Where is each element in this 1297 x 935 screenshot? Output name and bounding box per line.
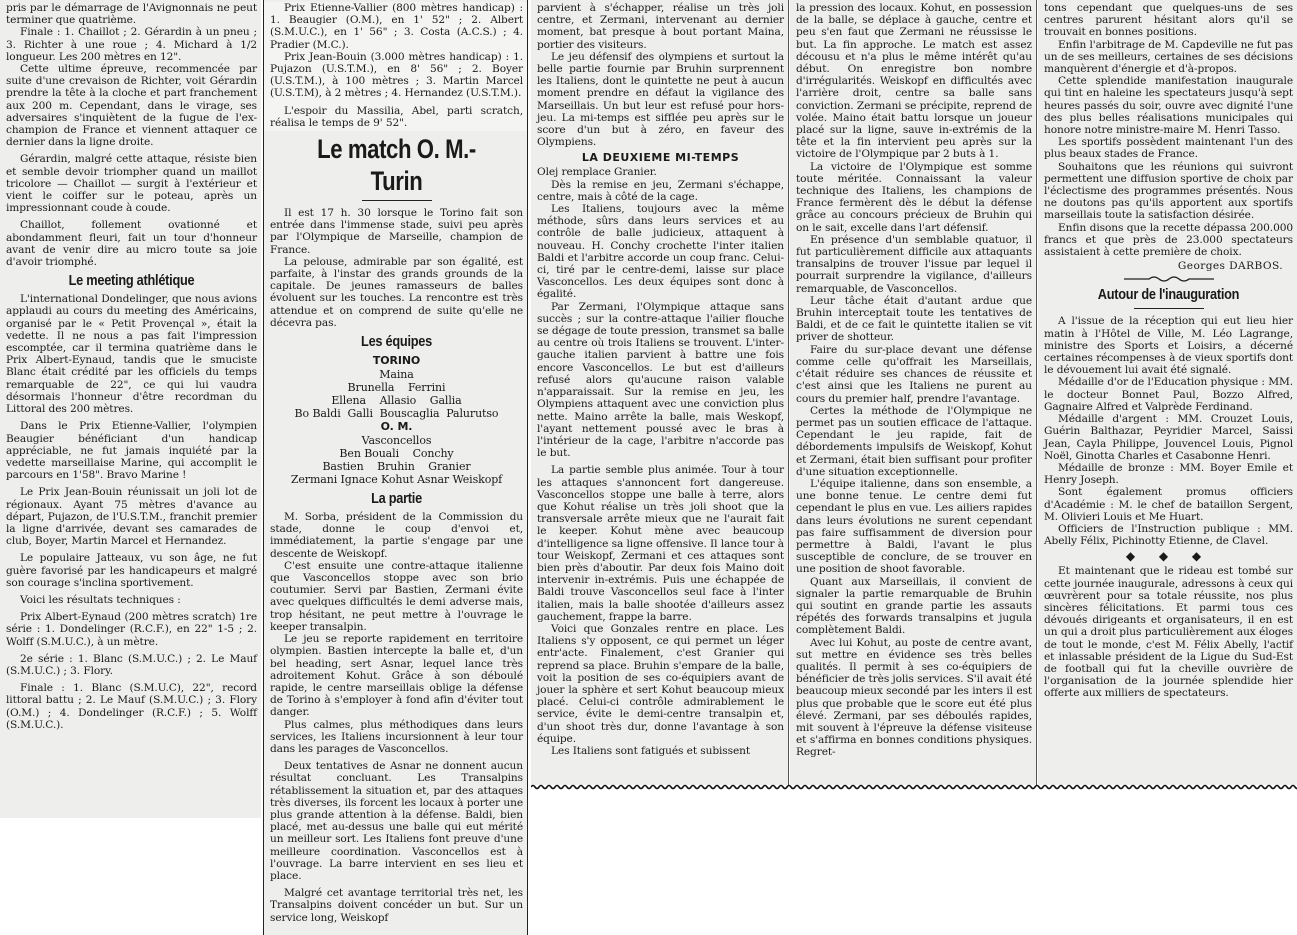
paragraph: Voici que Gonzales rentre en place. Les …	[537, 623, 784, 745]
column-2: Prix Etienne-Vallier (800 mètres handica…	[263, 0, 528, 935]
wavy-rule-bottom	[531, 783, 1297, 791]
paragraph: Avec lui Kohut, au poste de centre avant…	[796, 637, 1032, 759]
lineup-line: Brunella Ferrini	[270, 381, 523, 394]
paragraph: tons cependant que quelques-uns de ses c…	[1044, 2, 1293, 39]
column-4: la pression des locaux. Kohut, en posses…	[790, 0, 1037, 785]
lineup-torino: Maina Brunella Ferrini Ellena Allasio Ga…	[270, 368, 523, 420]
paragraph: Chaillot, follement ovationné et abondam…	[6, 219, 257, 268]
section-heading-partie: La partie	[289, 489, 504, 509]
paragraph: Cette ultime épreuve, recommencée par su…	[6, 63, 257, 148]
lineup-line: Zermani Ignace Kohut Asnar Weiskopf	[270, 473, 523, 486]
lineup-line: Ellena Allasio Gallia	[270, 394, 523, 407]
paragraph: Enfin disons que la recette dépassa 200.…	[1044, 222, 1293, 259]
paragraph: Dans le Prix Etienne-Vallier, l'olympien…	[6, 420, 257, 481]
section-heading-teams: Les équipes	[289, 332, 504, 352]
paragraph: Olej remplace Granier.	[537, 166, 784, 178]
paragraph: Certes la méthode de l'Olympique ne perm…	[796, 405, 1032, 478]
result-paragraph: Prix Etienne-Vallier (800 mètres handica…	[270, 2, 523, 51]
column-5: tons cependant que quelques-uns de ses c…	[1038, 0, 1297, 785]
paragraph: Enfin l'arbitrage de M. Capdeville ne fu…	[1044, 39, 1293, 76]
paragraph: L'équipe italienne, dans son ensemble, a…	[796, 478, 1032, 576]
results-box: Prix Etienne-Vallier (800 mètres handica…	[264, 2, 527, 131]
paragraph: La partie semble plus animée. Tour à tou…	[537, 464, 784, 623]
paragraph: M. Sorba, président de la Commission du …	[270, 511, 523, 560]
paragraph: A l'issue de la réception qui eut lieu h…	[1044, 315, 1293, 376]
paragraph: Quant aux Marseillais, il convient de si…	[796, 576, 1032, 637]
paragraph: Les Italiens sont fatigués et subissent	[537, 745, 784, 757]
paragraph: Le jeu défensif des olympiens et surtout…	[537, 51, 784, 149]
paragraph: Finale : 1. Chaillot ; 2. Gérardin à un …	[6, 26, 257, 63]
paragraph: La pelouse, admirable par son égalité, e…	[270, 256, 523, 329]
team-name-torino: TORINO	[270, 354, 523, 368]
divider	[1134, 308, 1204, 309]
paragraph: Malgré cet avantage territorial très net…	[270, 887, 523, 924]
paragraph: Voici les résultats techniques :	[6, 594, 257, 606]
lineup-line: Vasconcellos	[270, 434, 523, 447]
subheading-second-half: LA DEUXIEME MI-TEMPS	[537, 151, 784, 165]
paragraph: Les sportifs possèdent maintenant l'un d…	[1044, 136, 1293, 160]
paragraph: Le populaire Jatteaux, vu son âge, ne fu…	[6, 552, 257, 589]
ornament-diamonds: ◆ ◆ ◆	[1044, 549, 1293, 563]
paragraph: pris par le démarrage de l'Avignonnais n…	[6, 2, 257, 26]
paragraph: Deux tentatives de Asnar ne donnent aucu…	[270, 760, 523, 882]
paragraph: parvient à s'échapper, réalise un très j…	[537, 2, 784, 51]
wavy-divider	[1124, 274, 1214, 282]
paragraph: Le jeu se reporte rapidement en territoi…	[270, 633, 523, 718]
paragraph: Les Italiens, toujours avec la même méth…	[537, 203, 784, 301]
paragraph: Médaille d'or de l'Education physique : …	[1044, 376, 1293, 413]
paragraph: Médaille d'argent : MM. Crouzet Louis, G…	[1044, 413, 1293, 462]
lineup-om: Vasconcellos Ben Bouali Conchy Bastien B…	[270, 434, 523, 486]
column-3: parvient à s'échapper, réalise un très j…	[531, 0, 789, 785]
paragraph: Le Prix Jean-Bouin réunissait un joli lo…	[6, 486, 257, 547]
lineup-line: Bastien Bruhin Granier	[270, 460, 523, 473]
paragraph: Dès la remise en jeu, Zermani s'échappe,…	[537, 179, 784, 203]
paragraph: Par Zermani, l'Olympique attaque sans su…	[537, 301, 784, 460]
section-heading-meeting: Le meeting athlétique	[25, 271, 238, 291]
lineup-line: Ben Bouali Conchy	[270, 447, 523, 460]
paragraph: Plus calmes, plus méthodiques dans leurs…	[270, 719, 523, 756]
divider	[362, 200, 432, 201]
lineup-line: Maina	[270, 368, 523, 381]
paragraph: Médaille de bronze : MM. Boyer Emile et …	[1044, 462, 1293, 486]
team-name-om: O. M.	[270, 420, 523, 434]
paragraph: Souhaitons que les réunions qui suivront…	[1044, 161, 1293, 222]
paragraph: Leur tâche était d'autant ardue que Bruh…	[796, 295, 1032, 344]
section-heading-inauguration: Autour de l'inauguration	[1063, 285, 1275, 305]
paragraph: la pression des locaux. Kohut, en posses…	[796, 2, 1032, 161]
column-1: pris par le démarrage de l'Avignonnais n…	[0, 0, 261, 818]
paragraph: Cette splendide manifestation inaugurale…	[1044, 75, 1293, 136]
result-paragraph: Prix Jean-Bouin (3.000 mètres handicap) …	[270, 51, 523, 100]
result-paragraph: Finale : 1. Blanc (S.M.U.C), 22", record…	[6, 682, 257, 731]
paragraph: Et maintenant que le rideau est tombé su…	[1044, 565, 1293, 699]
paragraph: La victoire de l'Olympique est somme tou…	[796, 161, 1032, 234]
lineup-line: Bo Baldi Galli Bouscaglia Palurutso	[270, 407, 523, 420]
paragraph: C'est ensuite une contre-attaque italien…	[270, 560, 523, 633]
paragraph: Gérardin, malgré cette attaque, résiste …	[6, 153, 257, 214]
paragraph: Faire du sur-place devant une défense co…	[796, 344, 1032, 405]
paragraph: Il est 17 h. 30 lorsque le Torino fait s…	[270, 207, 523, 256]
result-paragraph: L'espoir du Massilia, Abel, parti scratc…	[270, 105, 523, 129]
paragraph: L'international Dondelinger, que nous av…	[6, 293, 257, 415]
result-paragraph: Prix Albert-Eynaud (200 mètres scratch) …	[6, 611, 257, 648]
paragraph: Officiers de l'Instruction publique : MM…	[1044, 523, 1293, 547]
paragraph: En présence d'un semblable quatuor, il f…	[796, 234, 1032, 295]
headline-match: Le match O. M.-Turin	[293, 133, 500, 197]
author-signature: Georges DARBOS.	[1044, 260, 1293, 272]
paragraph: Sont également promus officiers d'Académ…	[1044, 486, 1293, 523]
result-paragraph: 2e série : 1. Blanc (S.M.U.C.) ; 2. Le M…	[6, 653, 257, 677]
